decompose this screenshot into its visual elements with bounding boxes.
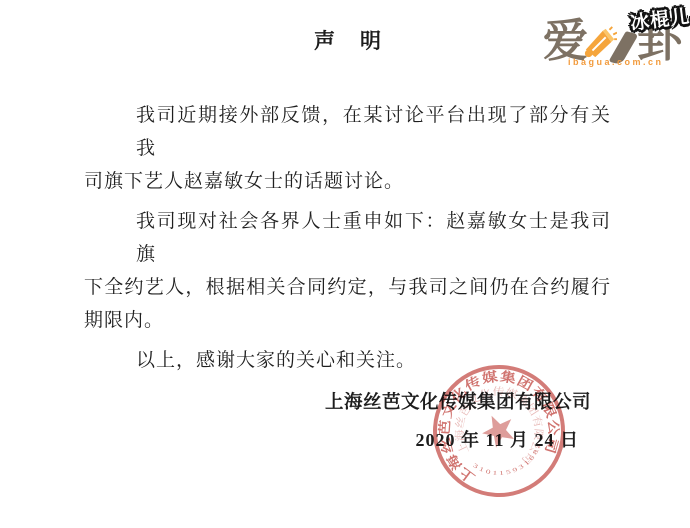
body-line: 下全约艺人，根据相关合同约定，与我司之间仍在合约履行 (84, 271, 611, 304)
paragraph-1: 我司近期接外部反馈，在某讨论平台出现了部分有关我 司旗下艺人赵嘉敏女士的话题讨论… (84, 99, 611, 198)
site-watermark: 爱 卦 ibagua.com.cn 冰棍儿 (543, 5, 690, 77)
paragraph-2: 我司现对社会各界人士重申如下：赵嘉敏女士是我司旗 下全约艺人，根据相关合同约定，… (84, 205, 611, 337)
seal-star-icon (477, 409, 520, 451)
document-body: 我司近期接外部反馈，在某讨论平台出现了部分有关我 司旗下艺人赵嘉敏女士的话题讨论… (84, 99, 611, 384)
body-line: 司旗下艺人赵嘉敏女士的话题讨论。 (84, 165, 611, 198)
body-line: 我司近期接外部反馈，在某讨论平台出现了部分有关我 (84, 99, 611, 165)
body-line: 我司现对社会各界人士重申如下：赵嘉敏女士是我司旗 (84, 205, 611, 271)
statement-document: 声 明 我司近期接外部反馈，在某讨论平台出现了部分有关我 司旗下艺人赵嘉敏女士的… (0, 0, 690, 528)
body-line: 期限内。 (84, 304, 611, 337)
document-title: 声 明 (85, 25, 612, 55)
site-url: ibagua.com.cn (568, 57, 664, 67)
